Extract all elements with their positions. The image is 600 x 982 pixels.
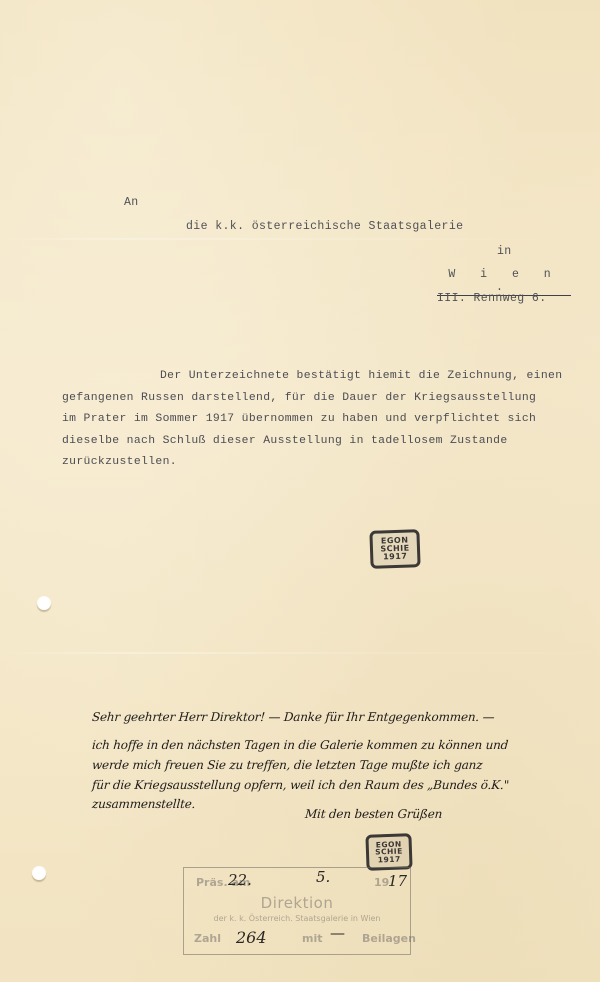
postscript-line: zusammenstellte. — [92, 797, 196, 811]
seal-line: 1917 — [378, 855, 401, 863]
punch-hole — [37, 596, 51, 610]
postscript-line: ich hoffe in den nächsten Tagen in die G… — [92, 738, 509, 752]
stamp-year: 17 — [388, 872, 407, 890]
stamp-subtitle: der k. k. Österreich. Staatsgalerie in W… — [184, 914, 410, 923]
paper-crease — [0, 238, 600, 240]
body-line: Der Unterzeichnete bestätigt hiemit die … — [62, 366, 574, 388]
stamp-with-label: mit — [302, 932, 323, 945]
address-to: An — [124, 196, 139, 209]
paper-background — [0, 0, 600, 982]
address-in: in — [497, 245, 512, 258]
body-line: zurückzustellen. — [62, 452, 574, 474]
body-line: im Prater im Sommer 1917 übernommen zu h… — [62, 409, 574, 431]
address-recipient: die k.k. österreichische Staatsgalerie — [186, 220, 463, 233]
stamp-enclosures-label: Beilagen — [362, 932, 416, 945]
seal-line: 1917 — [383, 553, 408, 562]
postscript-line: für die Kriegsausstellung opfern, weil i… — [92, 778, 510, 792]
signature-seal: EGON SCHIE 1917 — [369, 529, 420, 569]
postscript-closing: Mit den besten Grüßen — [305, 807, 443, 821]
stamp-enclosures: — — [330, 924, 345, 942]
signature-seal: EGON SCHIE 1917 — [365, 833, 412, 871]
punch-hole — [32, 866, 46, 880]
paper-crease — [0, 652, 600, 654]
body-line: dieselbe nach Schluß dieser Ausstellung … — [62, 431, 574, 453]
stamp-number: 264 — [236, 928, 267, 947]
body-line: gefangenen Russen darstellend, für die D… — [62, 388, 574, 410]
stamp-month: 5. — [316, 868, 330, 886]
letter-body: Der Unterzeichnete bestätigt hiemit die … — [62, 366, 574, 474]
postscript-line: Sehr geehrter Herr Direktor! — Danke für… — [92, 710, 495, 724]
stamp-day: 22. — [228, 871, 252, 889]
postscript-line: werde mich freuen Sie zu treffen, die le… — [92, 758, 483, 772]
address-street: III. Rennweg 6. — [437, 292, 547, 305]
stamp-number-label: Zahl — [194, 932, 221, 945]
received-stamp: Präs. am 19 Direktion der k. k. Österrei… — [183, 867, 411, 955]
stamp-title: Direktion — [184, 894, 410, 912]
